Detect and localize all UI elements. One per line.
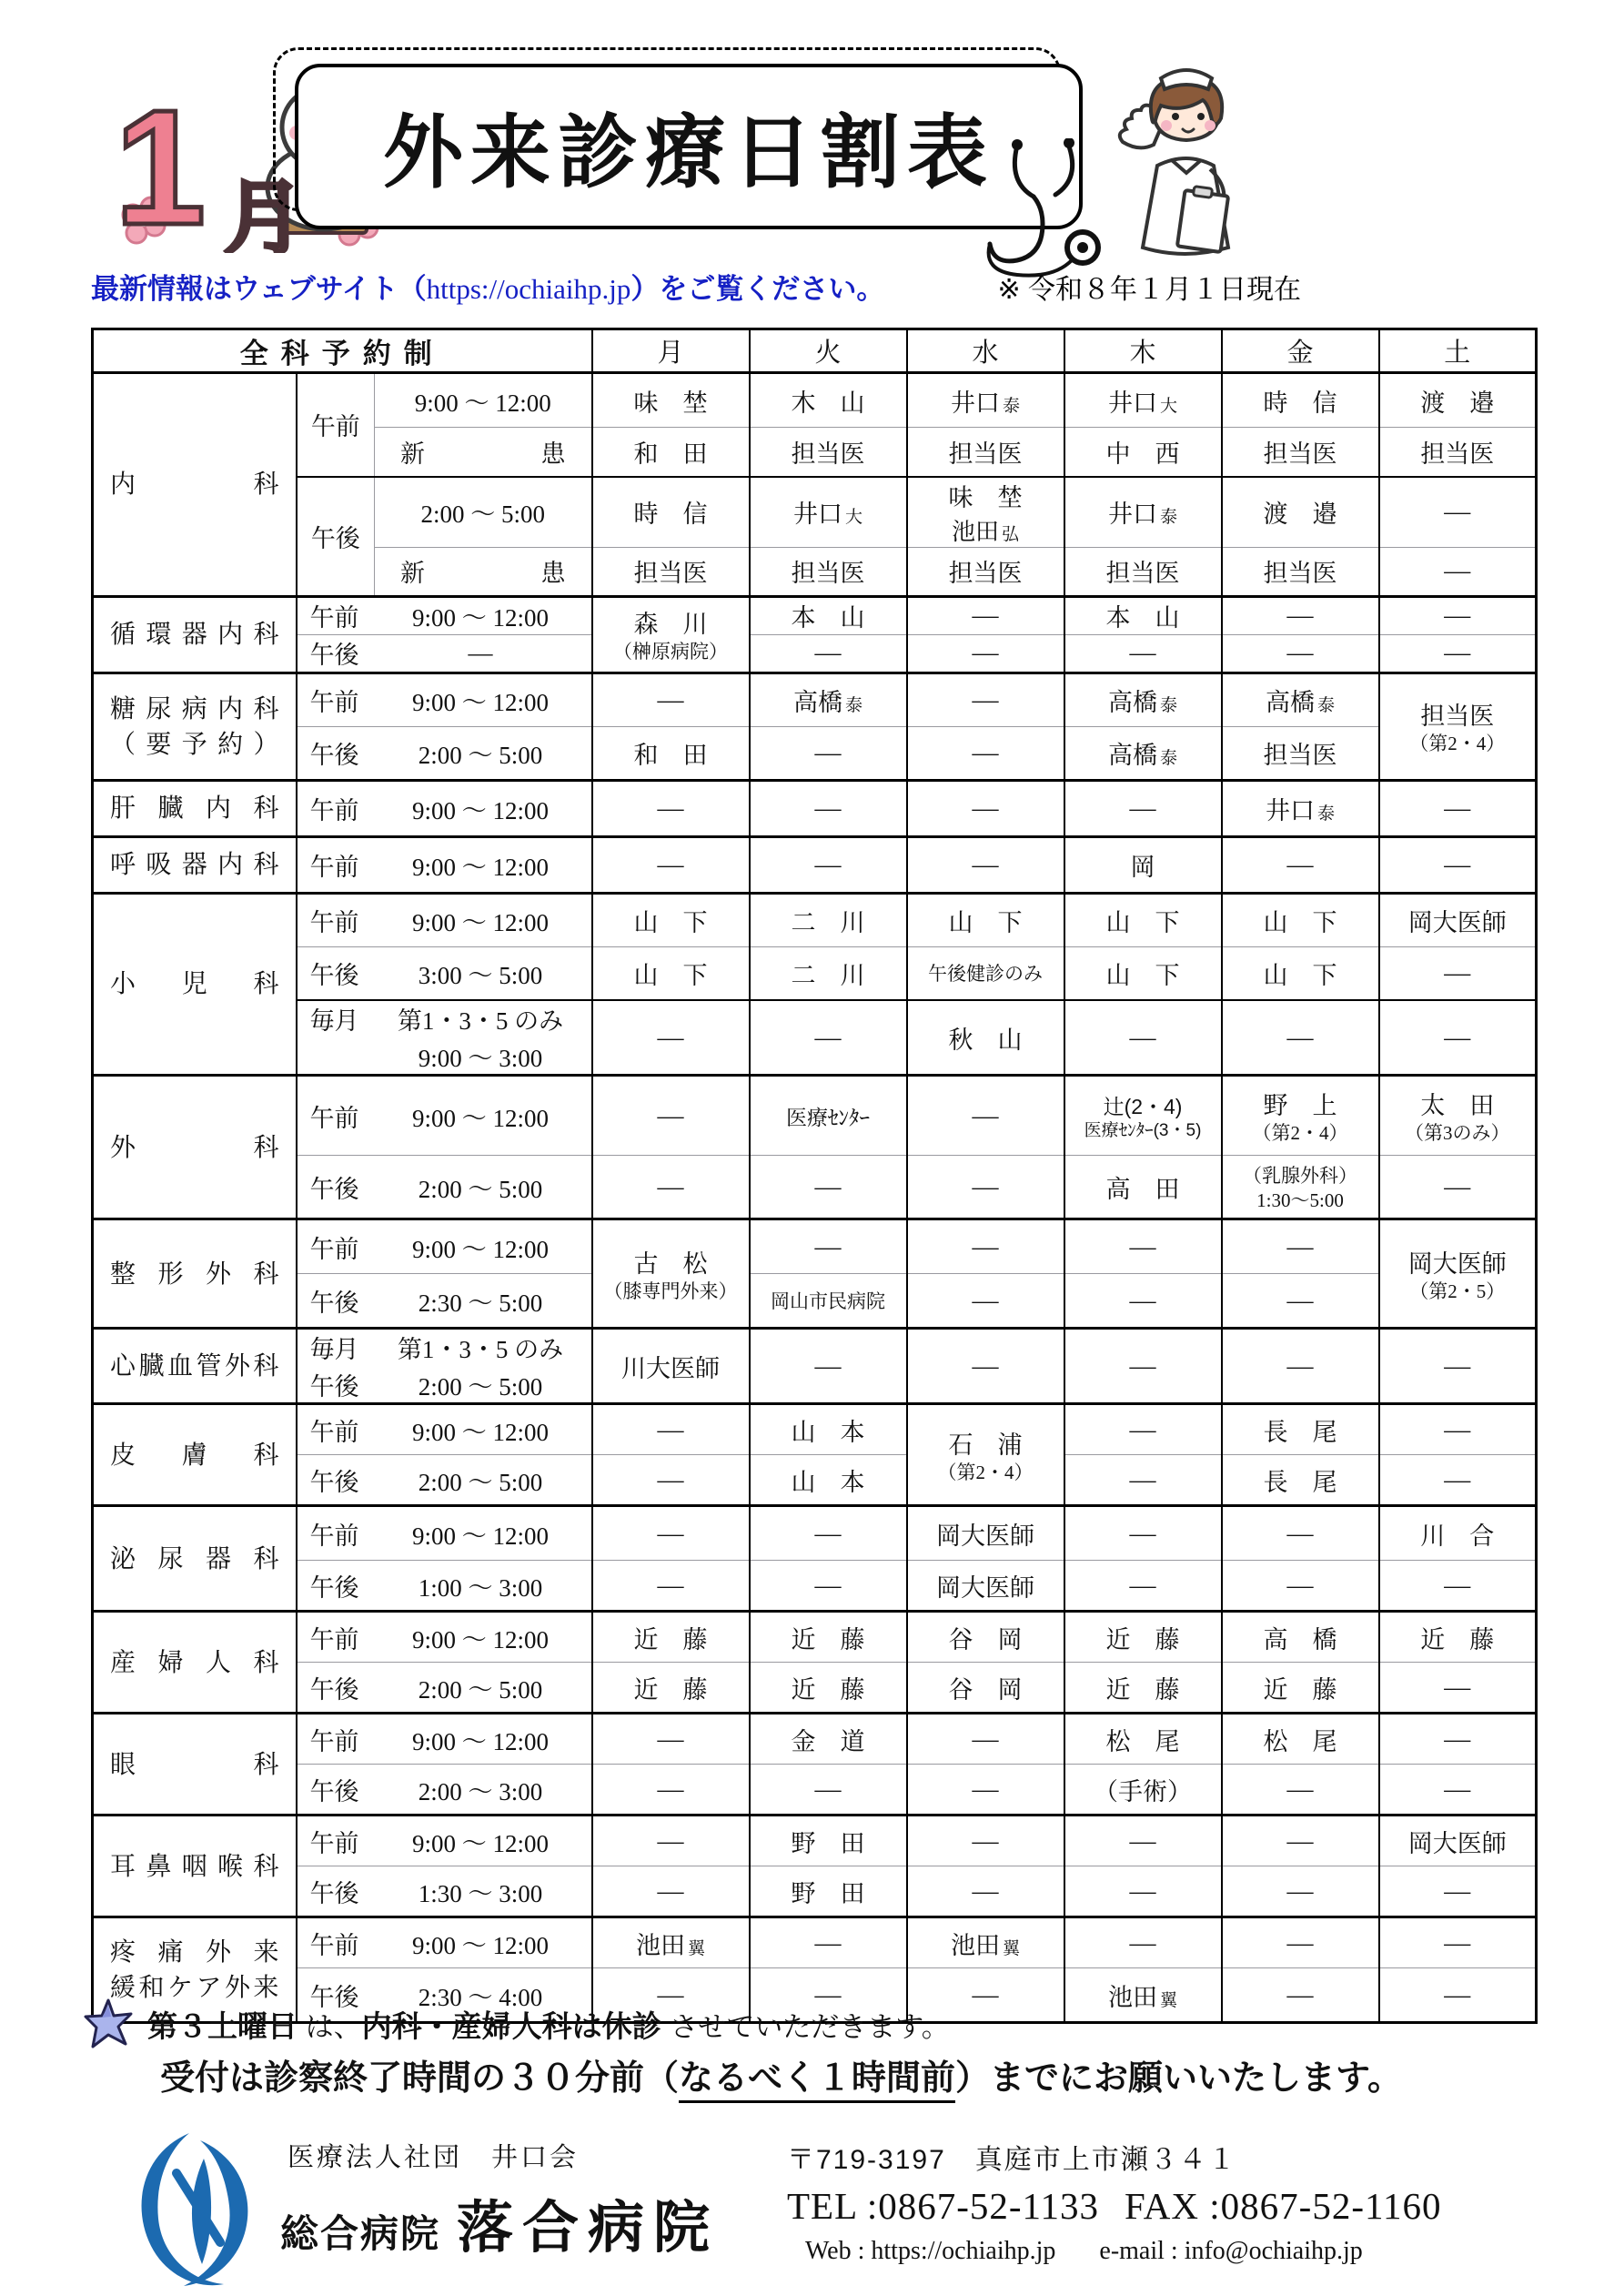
doctor-line: 野 田 [751, 1824, 906, 1859]
period-time-lines: 午後― [298, 635, 591, 671]
dept-label-cell: 泌尿器科 [93, 1506, 297, 1612]
doctor-line: 辻(2・4) [1065, 1090, 1221, 1120]
schedule-cell: 高橋泰 [1064, 673, 1222, 726]
period-time-line: 午前9:00 ～ 12:00 [298, 1926, 591, 1961]
schedule-cell: 池田翼 [592, 1917, 750, 1968]
time-value: 9:00 ～ 12:00 [385, 1229, 591, 1265]
schedule-cell: ― [1379, 1404, 1537, 1455]
doctor-name: 二 川 [792, 962, 865, 989]
doctor-line: 松 尾 [1065, 1722, 1221, 1757]
doctor-suffix: 翼 [1160, 1991, 1177, 2010]
doctor-line: 本 山 [1065, 598, 1221, 633]
dept-label-cell: 肝臓内科 [93, 780, 297, 836]
period-time-lines: 午後3:00 ～ 5:00 [298, 956, 591, 991]
schedule-cell: （手術） [1064, 1765, 1222, 1816]
time-value: 2:00 ～ 3:00 [385, 1772, 591, 1807]
doctor-suffix: 泰 [845, 696, 862, 715]
schedule-cell: ― [1222, 1765, 1379, 1816]
doctor-line: 渡 邉 [1380, 383, 1536, 419]
table-row: 午後2:00 ～ 5:00―――高 田（乳腺外科）1:30～5:00― [93, 1156, 1537, 1219]
table-row: 外科午前9:00 ～ 12:00―医療ｾﾝﾀｰ―辻(2・4)医療ｾﾝﾀｰ(3・5… [93, 1076, 1537, 1156]
website-notice-pre: 最新情報はウェブサイト（ [91, 273, 427, 305]
period-time-cell: 午前9:00 ～ 12:00 [297, 780, 592, 836]
char: 臓 [138, 1350, 164, 1381]
schedule-cell: ― [1379, 780, 1537, 836]
period-label: 午前 [298, 598, 385, 633]
dept-label-line: 疼痛外来 [94, 1937, 296, 1967]
schedule-cell: ― [907, 1714, 1064, 1765]
char: 来 [253, 1937, 278, 1967]
schedule-cell: 担当医 [750, 547, 907, 596]
period-time-lines: 午後1:30 ～ 3:00 [298, 1874, 591, 1909]
dept-label: 整形外科 [94, 1259, 296, 1290]
period-time-line: 9:00 ～ 3:00 [298, 1038, 591, 1074]
dept-label: 肝臓内科 [94, 793, 296, 824]
schedule-cell: 山 下 [1222, 946, 1379, 1000]
doctor-name: 時 信 [634, 501, 708, 528]
schedule-cell: ― [1064, 1219, 1222, 1274]
schedule-cell: ― [750, 1917, 907, 1968]
schedule-cell: 野 田 [750, 1866, 907, 1917]
dept-label-cell: 産婦人科 [93, 1612, 297, 1714]
doctor-line: 時 信 [593, 494, 749, 530]
period-time-cell: 午前9:00 ～ 12:00 [297, 1917, 592, 1968]
day-header: 土 [1379, 329, 1537, 373]
period-time-cell: 午前9:00 ～ 12:00 [297, 1714, 592, 1765]
schedule-cell: ― [1379, 477, 1537, 548]
period-time-cell: 午後2:00 ～ 5:00 [297, 1663, 592, 1714]
period-time-line: 午前9:00 ～ 12:00 [298, 598, 591, 633]
doctor-name: 近 藤 [1106, 1626, 1180, 1654]
doctor-name: 森 川 [634, 611, 708, 638]
doctor-line: 二 川 [751, 903, 906, 938]
doctor-name: 井口 [951, 389, 1000, 417]
time-value: 2:00 ～ 5:00 [385, 1367, 591, 1402]
table-row: 午後2:00 ～ 3:00―――（手術）―― [93, 1765, 1537, 1816]
dept-label: 泌尿器科 [94, 1543, 296, 1574]
time-value: 9:00 ～ 12:00 [415, 389, 551, 417]
dept-label: 心臓血管外科 [94, 1350, 296, 1381]
char: 科 [253, 1749, 278, 1780]
schedule-cell: ― [750, 1156, 907, 1219]
period-label: 午後 [298, 1367, 385, 1402]
doctor-line: 井口泰 [1223, 791, 1378, 826]
char: 皮 [110, 1440, 136, 1471]
time-value: 9:00 ～ 3:00 [385, 1038, 591, 1074]
schedule-cell: ― [1222, 1000, 1379, 1076]
period-time-line: 午前9:00 ～ 12:00 [298, 1620, 591, 1655]
doctor-line: 野 上 [1223, 1086, 1378, 1121]
char: 外 [225, 1350, 250, 1381]
doctor-name: 井口 [1266, 797, 1315, 824]
schedule-cell: ― [907, 780, 1064, 836]
period-time-cell: 午前9:00 ～ 12:00 [297, 673, 592, 726]
char: 科 [253, 1543, 278, 1574]
period-time-line: 毎月第1・3・5 のみ [298, 1330, 591, 1365]
schedule-cell: ― [907, 1866, 1064, 1917]
period-label: 午前 [298, 1412, 385, 1448]
time-value: 1:00 ～ 3:00 [385, 1568, 591, 1603]
doctor-line: 担当医 [908, 434, 1064, 470]
schedule-cell: ― [907, 673, 1064, 726]
period-time-line: 午後2:00 ～ 3:00 [298, 1772, 591, 1807]
schedule-cell: 池田翼 [1064, 1968, 1222, 2023]
dept-label-line: 眼科 [94, 1749, 296, 1780]
dept-label: 循環器内科 [94, 619, 296, 650]
schedule-cell: 岡大医師 [1379, 893, 1537, 946]
schedule-cell: ― [592, 780, 750, 836]
cell-note: （第3のみ） [1380, 1121, 1536, 1145]
schedule-cell: ― [592, 836, 750, 893]
dept-label-cell: 耳鼻咽喉科 [93, 1816, 297, 1917]
schedule-cell: ― [907, 1156, 1064, 1219]
period-label: 午前 [298, 1926, 385, 1961]
period-time-lines: 午後2:00 ～ 5:00 [298, 1169, 591, 1205]
period-time-cell: 午前9:00 ～ 12:00 [297, 596, 592, 634]
period-time-cell: 午前9:00 ～ 12:00 [297, 1404, 592, 1455]
char: 環 [146, 619, 171, 650]
period-cell: 午前 [297, 373, 375, 477]
doctor-line: 味 埜 [908, 478, 1064, 513]
schedule-cell: ― [1222, 1219, 1379, 1274]
cell-note: （第2・4） [1223, 1121, 1378, 1145]
period-time-cell: 毎月第1・3・5 のみ午後2:00 ～ 5:00 [297, 1329, 592, 1404]
time-value: 9:00 ～ 12:00 [385, 1926, 591, 1961]
note-bold: 内科・産婦人科は休診 [362, 2009, 662, 2043]
period-label: 午前 [298, 1516, 385, 1552]
schedule-cell: 担当医（第2・4） [1379, 673, 1537, 780]
note-normal: は、 [298, 2011, 362, 2043]
period-time-cell: 午後3:00 ～ 5:00 [297, 946, 592, 1000]
doctor-name: 近 藤 [1264, 1676, 1337, 1704]
schedule-cell: ― [1064, 1455, 1222, 1506]
dept-label: 耳鼻咽喉科 [94, 1851, 296, 1882]
schedule-cell: ― [1064, 1506, 1222, 1561]
schedule-cell: 松 尾 [1222, 1714, 1379, 1765]
dept-label-cell: 呼吸器内科 [93, 836, 297, 893]
schedule-cell: ― [592, 1714, 750, 1765]
doctor-name: 井口 [1108, 501, 1157, 528]
doctor-suffix: 泰 [1317, 696, 1335, 715]
dept-label-cell: 整形外科 [93, 1219, 297, 1329]
period-time-line: 午後― [298, 635, 591, 671]
schedule-cell: ― [1379, 1917, 1537, 1968]
dept-label-cell: 糖尿病内科（要予約） [93, 673, 297, 780]
doctor-suffix: 泰 [1317, 804, 1335, 824]
doctor-line: 木 山 [751, 383, 906, 419]
schedule-cell: ― [1379, 1765, 1537, 1816]
time-value: 2:00 ～ 5:00 [385, 1462, 591, 1498]
schedule-cell: 時 信 [592, 477, 750, 548]
note-reception: 受付は診察終了時間の３０分前（なるべく１時間前）までにお願いいたします。 [160, 2049, 1402, 2099]
schedule-cell: 辻(2・4)医療ｾﾝﾀｰ(3・5) [1064, 1076, 1222, 1156]
table-row: 眼科午前9:00 ～ 12:00―金 道―松 尾松 尾― [93, 1714, 1537, 1765]
doctor-line: 野 田 [751, 1874, 906, 1909]
doctor-name: 池田 [951, 1932, 1000, 1959]
doctor-line: 担当医 [1223, 434, 1378, 470]
char: 人 [206, 1647, 231, 1678]
schedule-cell: 井口大 [1064, 373, 1222, 428]
note-reception-pre: 受付は診察終了時間の３０分前（ [160, 2059, 679, 2098]
period-time-line: 午前9:00 ～ 12:00 [298, 683, 591, 718]
schedule-cell: ― [592, 1000, 750, 1076]
time-value: 9:00 ～ 12:00 [385, 1516, 591, 1552]
doctor-line: 高 田 [1065, 1169, 1221, 1205]
period-time-line: 午後1:00 ～ 3:00 [298, 1568, 591, 1603]
note-saturday-text: 第３土曜日 は、内科・産婦人科は休診 させていただきます。 [147, 2003, 950, 2046]
schedule-cell: ― [1222, 1866, 1379, 1917]
schedule-cell: ― [1379, 1866, 1537, 1917]
char: 喉 [217, 1851, 243, 1882]
doctor-name: 担当医 [1106, 560, 1180, 587]
period-time-line: 午後2:00 ～ 5:00 [298, 735, 591, 771]
doctor-name: 山 下 [1106, 909, 1180, 936]
schedule-cell: 長 尾 [1222, 1455, 1379, 1506]
char: 臓 [157, 793, 183, 824]
doctor-line: 岡 [1065, 847, 1221, 883]
time-value: 9:00 ～ 12:00 [385, 683, 591, 718]
doctor-line: 長 尾 [1223, 1462, 1378, 1498]
nurse-illustration [1114, 58, 1259, 268]
doctor-line: 岡山市民病院 [751, 1287, 906, 1314]
doctor-name: 岡大医師 [1408, 1830, 1507, 1857]
char: ） [253, 729, 278, 760]
char: 科 [253, 1350, 278, 1381]
time-value: 1:30 ～ 3:00 [385, 1874, 591, 1909]
period-time-line: 午前9:00 ～ 12:00 [298, 1722, 591, 1757]
doctor-line: 井口大 [1065, 383, 1221, 419]
char: 病 [182, 693, 207, 724]
time-value: 9:00 ～ 12:00 [385, 903, 591, 938]
doctor-line: 石 浦 [908, 1425, 1064, 1461]
table-row: 午後2:00 ～ 5:00和 田――高橋泰担当医 [93, 726, 1537, 780]
schedule-cell: 高橋泰 [750, 673, 907, 726]
doctor-line: 井口泰 [1065, 494, 1221, 530]
doctor-line: 担当医 [908, 553, 1064, 589]
schedule-cell: 井口大 [750, 477, 907, 548]
dept-label-line: 肝臓内科 [94, 793, 296, 824]
schedule-cell: 井口泰 [1222, 780, 1379, 836]
doctor-name: 石 浦 [949, 1431, 1023, 1459]
doctor-line: 和 田 [593, 735, 749, 771]
website-notice: 最新情報はウェブサイト（https://ochiaihp.jp）をご覧ください。 [91, 266, 884, 307]
dept-label-cell: 皮膚科 [93, 1404, 297, 1506]
dept-label: 産婦人科 [94, 1647, 296, 1678]
doctor-suffix: 翼 [1003, 1939, 1020, 1958]
new-patient-label: 新患 [375, 553, 591, 589]
period-time-cell: 午前9:00 ～ 12:00 [297, 1506, 592, 1561]
doctor-line: （乳腺外科） [1223, 1161, 1378, 1188]
schedule-cell: ― [907, 726, 1064, 780]
schedule-cell: ― [907, 1274, 1064, 1329]
schedule-cell: ― [750, 1329, 907, 1404]
doctor-line: 岡大医師 [1380, 1824, 1536, 1859]
doctor-name: 池田 [952, 518, 999, 545]
table-row: 午後2:00 ～ 5:00時 信井口大味 埜池田弘井口泰渡 邉― [93, 477, 1537, 548]
dept-label: 疼痛外来緩和ケア外来 [94, 1937, 296, 2002]
time-value: 2:00 ～ 5:00 [385, 735, 591, 771]
fax: FAX :0867-52-1160 [1125, 2185, 1441, 2227]
table-row: 午後1:30 ～ 3:00―野 田―――― [93, 1866, 1537, 1917]
postal-address: 〒719-3197 真庭市上市瀬３４１ [787, 2137, 1441, 2177]
period-time-line: 午後2:00 ～ 5:00 [298, 1670, 591, 1705]
doctor-name: 高橋 [1108, 689, 1157, 716]
time-value: 9:00 ～ 12:00 [385, 1722, 591, 1757]
schedule-cell: 金 道 [750, 1714, 907, 1765]
dept-label-line: 内科 [94, 469, 296, 500]
doctor-name: 高 田 [1106, 1176, 1180, 1203]
schedule-cell: ― [1064, 1404, 1222, 1455]
period-time-line: 午前9:00 ～ 12:00 [298, 791, 591, 826]
doctor-line: 高橋泰 [1223, 683, 1378, 718]
period-time-cell: 午後― [297, 634, 592, 673]
period-time-line: 午後3:00 ～ 5:00 [298, 956, 591, 991]
tel-fax-line: TEL :0867-52-1133FAX :0867-52-1160 [787, 2184, 1441, 2228]
period-label: 午前 [298, 1098, 385, 1134]
period-time-line: 午前9:00 ～ 12:00 [298, 1516, 591, 1552]
char: 小 [110, 968, 136, 999]
schedule-cell: ― [1379, 1561, 1537, 1612]
doctor-name: 味 埜 [949, 484, 1023, 511]
doctor-name: （手術） [1094, 1778, 1192, 1805]
doctor-name: 本 山 [1106, 604, 1180, 632]
doctor-name: 長 尾 [1264, 1419, 1337, 1446]
time-value: 2:00 ～ 5:00 [385, 1169, 591, 1205]
period-label: 午後 [298, 956, 385, 991]
schedule-cell: 味 埜池田弘 [907, 477, 1064, 548]
schedule-cell: 近 藤 [1222, 1663, 1379, 1714]
doctor-name: 井口 [1108, 389, 1157, 417]
schedule-cell: 森 川（榊原病院） [592, 596, 750, 673]
char: 科 [253, 619, 278, 650]
doctor-line: 秋 山 [908, 1020, 1064, 1056]
schedule-cell: 山 本 [750, 1455, 907, 1506]
char: 膚 [182, 1440, 207, 1471]
char: 科 [253, 793, 278, 824]
period-label: 午後 [298, 1169, 385, 1205]
time-value: 9:00 ～ 12:00 [385, 847, 591, 883]
doctor-suffix: 翼 [688, 1939, 705, 1958]
schedule-cell: 谷 岡 [907, 1663, 1064, 1714]
schedule-cell: ― [1379, 1714, 1537, 1765]
schedule-cell: （乳腺外科）1:30～5:00 [1222, 1156, 1379, 1219]
badge-number: 1 [115, 76, 206, 253]
char: 患 [541, 434, 566, 470]
dept-label: 小児科 [94, 968, 296, 999]
doctor-line: 近 藤 [1223, 1670, 1378, 1705]
schedule-cell: ― [592, 1765, 750, 1816]
period-cell: 午後 [297, 477, 375, 597]
dept-label-line: 泌尿器科 [94, 1543, 296, 1574]
char: 内 [110, 469, 136, 500]
schedule-cell: ― [907, 836, 1064, 893]
doctor-name: 野 田 [792, 1880, 865, 1907]
doctor-line: 担当医 [1223, 735, 1378, 771]
char: 肝 [110, 793, 136, 824]
doctor-line: 和 田 [593, 434, 749, 470]
doctor-name: 山 下 [949, 909, 1023, 936]
dept-label-line: 産婦人科 [94, 1647, 296, 1678]
period-time-cell: 午後1:00 ～ 3:00 [297, 1561, 592, 1612]
table-row: 毎月第1・3・5 のみ9:00 ～ 3:00――秋 山――― [93, 1000, 1537, 1076]
char: 咽 [182, 1851, 207, 1882]
period-label: 午後 [298, 1568, 385, 1603]
period-label: 毎月 [298, 1330, 385, 1365]
doctor-name: 近 藤 [634, 1676, 708, 1704]
schedule-cell: 秋 山 [907, 1000, 1064, 1076]
note-bold: 第３土曜日 [147, 2009, 298, 2043]
char: 科 [253, 1132, 278, 1163]
time-cell: 9:00 ～ 12:00 [375, 373, 592, 428]
char: 糖 [110, 693, 136, 724]
char: 産 [110, 1647, 136, 1678]
char: 血 [167, 1350, 193, 1381]
period-time-cell: 午後2:00 ～ 5:00 [297, 1455, 592, 1506]
period-time-lines: 午前9:00 ～ 12:00 [298, 1516, 591, 1552]
note-normal: させていただきます。 [662, 2011, 950, 2043]
schedule-cell: ― [1222, 1329, 1379, 1404]
schedule-cell: ― [1222, 1506, 1379, 1561]
doctor-name: 担当医 [949, 560, 1023, 587]
doctor-name: 渡 邉 [1420, 389, 1494, 417]
doctor-name: 松 尾 [1264, 1728, 1337, 1755]
doctor-name: 辻(2・4) [1104, 1095, 1183, 1118]
schedule-cell: ― [592, 1866, 750, 1917]
email-address: e-mail : info@ochiaihp.jp [1099, 2237, 1362, 2265]
period-label: 午前 [298, 791, 385, 826]
doctor-name: 担当医 [1420, 703, 1494, 730]
doctor-line: 渡 邉 [1223, 494, 1378, 530]
schedule-cell: 時 信 [1222, 373, 1379, 428]
dept-label-line: 心臓血管外科 [94, 1350, 296, 1381]
doctor-line: 川大医師 [593, 1349, 749, 1384]
doctor-name: 時 信 [1264, 389, 1337, 417]
period-label: 午後 [298, 1772, 385, 1807]
schedule-cell: ― [907, 1076, 1064, 1156]
schedule-cell: ― [592, 1816, 750, 1866]
period-time-line: 午前9:00 ～ 12:00 [298, 1412, 591, 1448]
table-row: 小児科午前9:00 ～ 12:00山 下二 川山 下山 下山 下岡大医師 [93, 893, 1537, 946]
period-time-lines: 午後2:00 ～ 5:00 [298, 735, 591, 771]
schedule-cell: 近 藤 [592, 1612, 750, 1663]
char: 婦 [157, 1647, 183, 1678]
char: 外 [110, 1132, 136, 1163]
organization-name: 医療法人社団 井口会 [287, 2137, 579, 2174]
schedule-cell: ― [1064, 1000, 1222, 1076]
schedule-cell: ― [592, 1156, 750, 1219]
dept-label: 皮膚科 [94, 1440, 296, 1471]
char: 約 [217, 729, 243, 760]
star-icon [84, 1998, 133, 2049]
period-time-lines: 午前9:00 ～ 12:00 [298, 683, 591, 718]
dept-label-cell: 循環器内科 [93, 596, 297, 673]
doctor-line: 近 藤 [751, 1670, 906, 1705]
corner-header: 全科予約制 [93, 329, 592, 373]
table-row: 産婦人科午前9:00 ～ 12:00近 藤近 藤谷 岡近 藤高 橋近 藤 [93, 1612, 1537, 1663]
schedule-cell: 山 下 [907, 893, 1064, 946]
schedule-cell: 山 本 [750, 1404, 907, 1455]
period-label: 午後 [298, 1670, 385, 1705]
doctor-name: 古 松 [634, 1250, 708, 1278]
doctor-name: 近 藤 [634, 1626, 708, 1654]
schedule-cell: 山 下 [1222, 893, 1379, 946]
schedule-cell: 野 上（第2・4） [1222, 1076, 1379, 1156]
schedule-cell: 谷 岡 [907, 1612, 1064, 1663]
doctor-name: 高橋 [1108, 742, 1157, 769]
period-time-lines: 午前9:00 ～ 12:00 [298, 1412, 591, 1448]
doctor-line: 岡大医師 [1380, 1244, 1536, 1279]
schedule-cell: 木 山 [750, 373, 907, 428]
